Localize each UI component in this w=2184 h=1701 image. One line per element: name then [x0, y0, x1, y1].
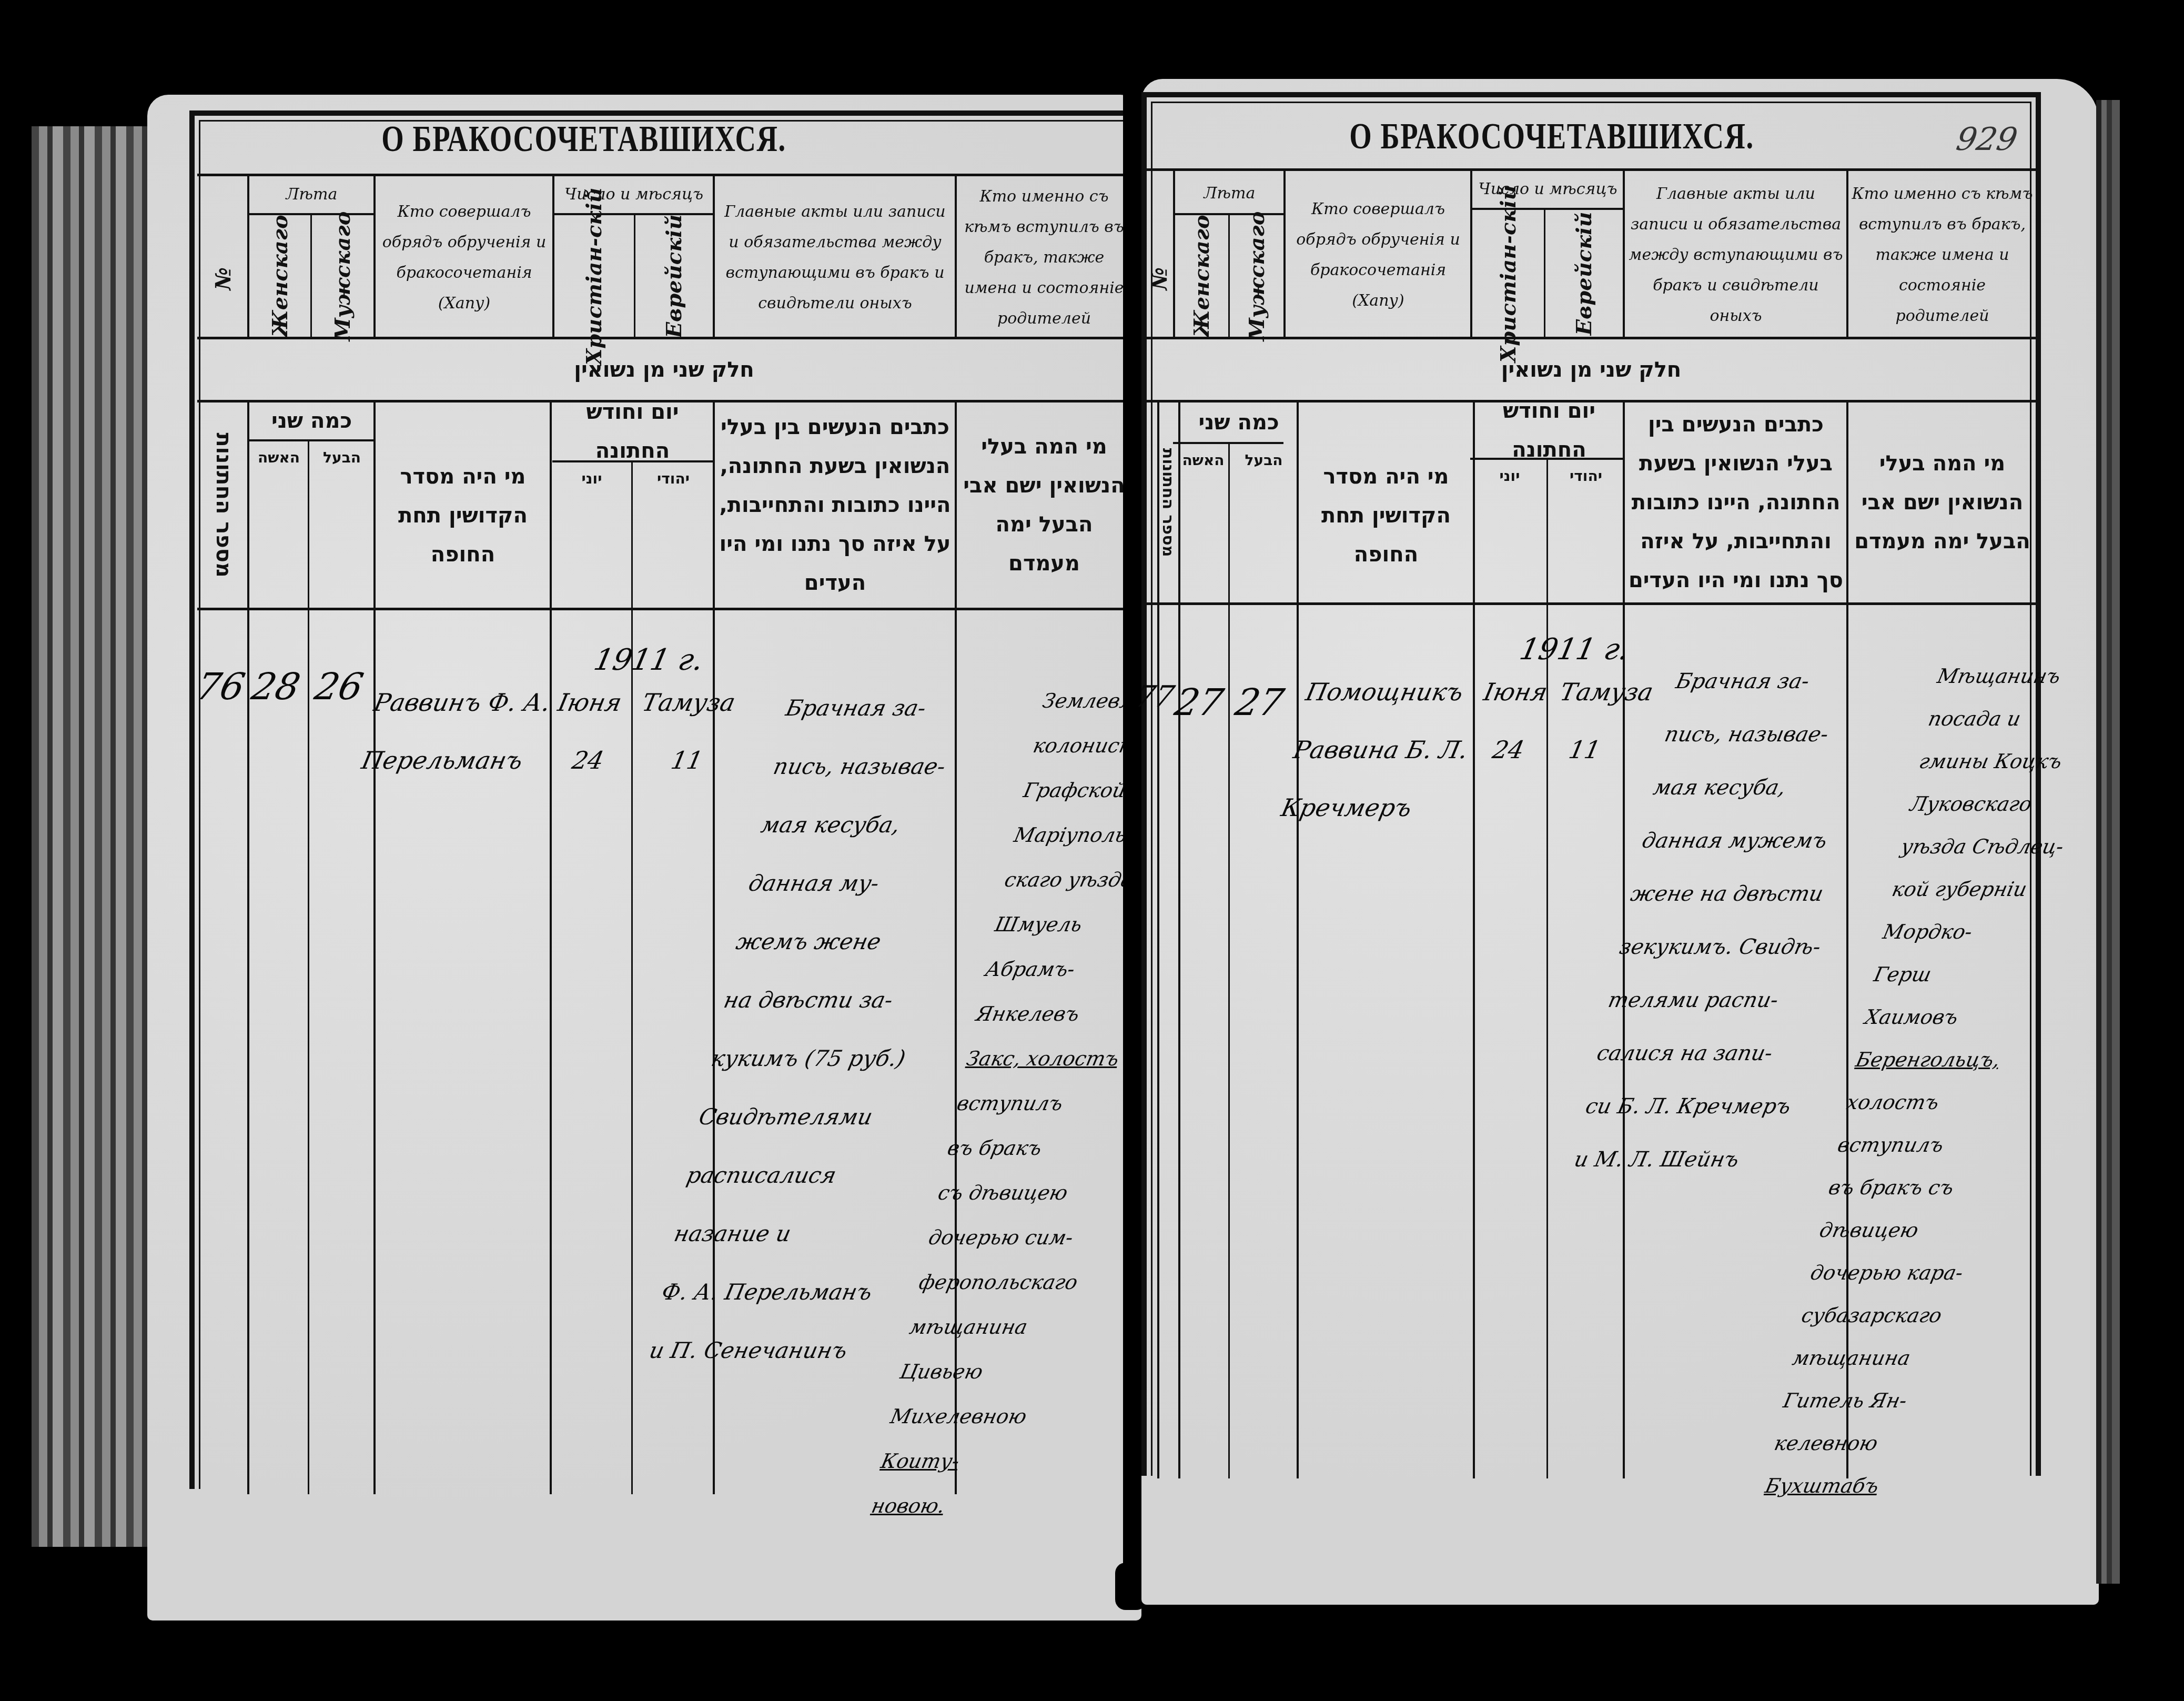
he-header-date-group: יום וחודש החתונה — [1475, 402, 1623, 458]
he-header-number: מספר החתונות — [1157, 405, 1178, 600]
left-col-rule — [634, 213, 635, 337]
left-col-rule — [247, 400, 249, 1494]
he-header-persons: מי המה בעלי הנשואין ישם אבי הבעל ימה מעמ… — [1852, 405, 2033, 600]
header-date-christian: Христіан-скій — [555, 216, 634, 337]
right-page-title: О БРАКОСОЧЕТАВШИХСЯ. — [1326, 116, 1777, 158]
left-col-rule — [308, 439, 309, 1494]
right-col-rule — [1470, 168, 1472, 337]
right-col-rule — [1228, 442, 1230, 1478]
header-years-female: Женскаго — [250, 216, 310, 337]
entry-officiant: Раввинъ Ф. А. Перельманъ — [356, 673, 557, 789]
header-date-christian: Христіан-скій — [1473, 210, 1544, 337]
right-col-rule — [1283, 168, 1286, 337]
left-col-rule — [631, 460, 633, 1494]
header-persons: Кто именно съ кѣмъ вступилъ въ бракъ, та… — [960, 182, 1128, 334]
book-edge-right — [2096, 100, 2120, 1584]
he-header-date-jewish: יהודי — [1549, 466, 1623, 487]
he-header-age-husband: הבעל — [310, 445, 373, 471]
he-header-age-wife: האשה — [250, 445, 308, 471]
right-col-rule — [1623, 168, 1625, 337]
header-number: № — [200, 221, 247, 337]
header-years-male: Мужскаго — [1231, 216, 1283, 337]
right-col-rule — [1546, 458, 1548, 1478]
left-col-rule — [955, 174, 957, 337]
he-header-date-jewish: יהודי — [634, 468, 713, 489]
right-col-rule — [1178, 400, 1180, 1478]
right-col-rule — [1473, 400, 1475, 1478]
right-col-rule — [1297, 400, 1299, 1478]
header-date-jewish: Еврейскій — [636, 216, 713, 337]
subtitle-hebrew: חלק שני מן נשואין — [197, 339, 1131, 400]
he-header-age-husband: הבעל — [1231, 450, 1297, 471]
header-persons: Кто именно съ кѣмъ вступилъ въ бракъ, та… — [1852, 176, 2033, 334]
left-col-rule — [247, 174, 249, 337]
header-years-group: Лѣта — [250, 176, 373, 213]
right-col-rule — [1544, 208, 1545, 337]
he-header-officiant: מי היה מסדר הקדושין תחת החופה — [379, 437, 547, 595]
header-acts: Главные акты или записи и обязательства … — [718, 182, 952, 334]
left-page-title: О БРАКОСОЧЕТАВШИХСЯ. — [358, 118, 810, 160]
he-header-age-group: כמה שני — [1181, 402, 1297, 442]
header-acts: Главные акты или записи и обязательства … — [1628, 176, 1844, 334]
he-header-acts: כתבים הנעשים בין בעלי הנשואין בשעת החתונ… — [718, 405, 952, 605]
page-number: 929 — [1954, 121, 2020, 158]
header-officiant: Кто совершалъ обрядъ обрученія и бракосо… — [379, 182, 550, 334]
left-col-rule — [373, 400, 376, 1494]
header-years-group: Лѣта — [1176, 174, 1283, 213]
header-years-female: Женскаго — [1176, 216, 1228, 337]
book-edge-left — [32, 126, 153, 1547]
left-col-rule — [550, 400, 552, 1494]
header-officiant: Кто совершалъ обрядъ обрученія и бракосо… — [1289, 176, 1468, 334]
entry-officiant: Помощникъ Раввина Б. Л. Кречмеръ — [1276, 663, 1486, 837]
right-col-rule — [1228, 213, 1230, 337]
he-header-officiant: מי היה מסדר הקדושין תחת החופה — [1302, 437, 1470, 595]
left-col-rule — [552, 174, 554, 337]
he-header-acts: כתבים הנעשים בין בעלי הנשואין בשעת החתונ… — [1628, 405, 1844, 600]
right-col-rule — [1173, 168, 1175, 337]
left-col-rule — [713, 174, 715, 337]
header-date-jewish: Еврейскій — [1546, 210, 1623, 337]
right-col-rule — [1846, 168, 1848, 337]
left-rule-he-bottom — [197, 608, 1131, 610]
left-col-rule — [373, 174, 376, 337]
he-header-date-group: יום וחודש החתונה — [555, 402, 710, 460]
book-gutter — [1123, 79, 1141, 1605]
he-header-number: מספר החתונות — [200, 405, 247, 605]
right-rule-he-bottom — [1147, 602, 2036, 605]
he-header-date-civil: יוני — [1473, 466, 1546, 487]
he-header-age-wife: האשה — [1178, 450, 1228, 471]
header-years-male: Мужскаго — [313, 216, 373, 337]
he-header-age-group: כמה שני — [250, 402, 373, 439]
header-number: № — [1147, 221, 1173, 337]
he-header-persons: מי המה בעלי הנשואין ישם אבי הבעל ימה מעמ… — [960, 405, 1128, 605]
left-col-rule — [310, 213, 312, 337]
he-header-date-civil: יוני — [552, 468, 631, 489]
